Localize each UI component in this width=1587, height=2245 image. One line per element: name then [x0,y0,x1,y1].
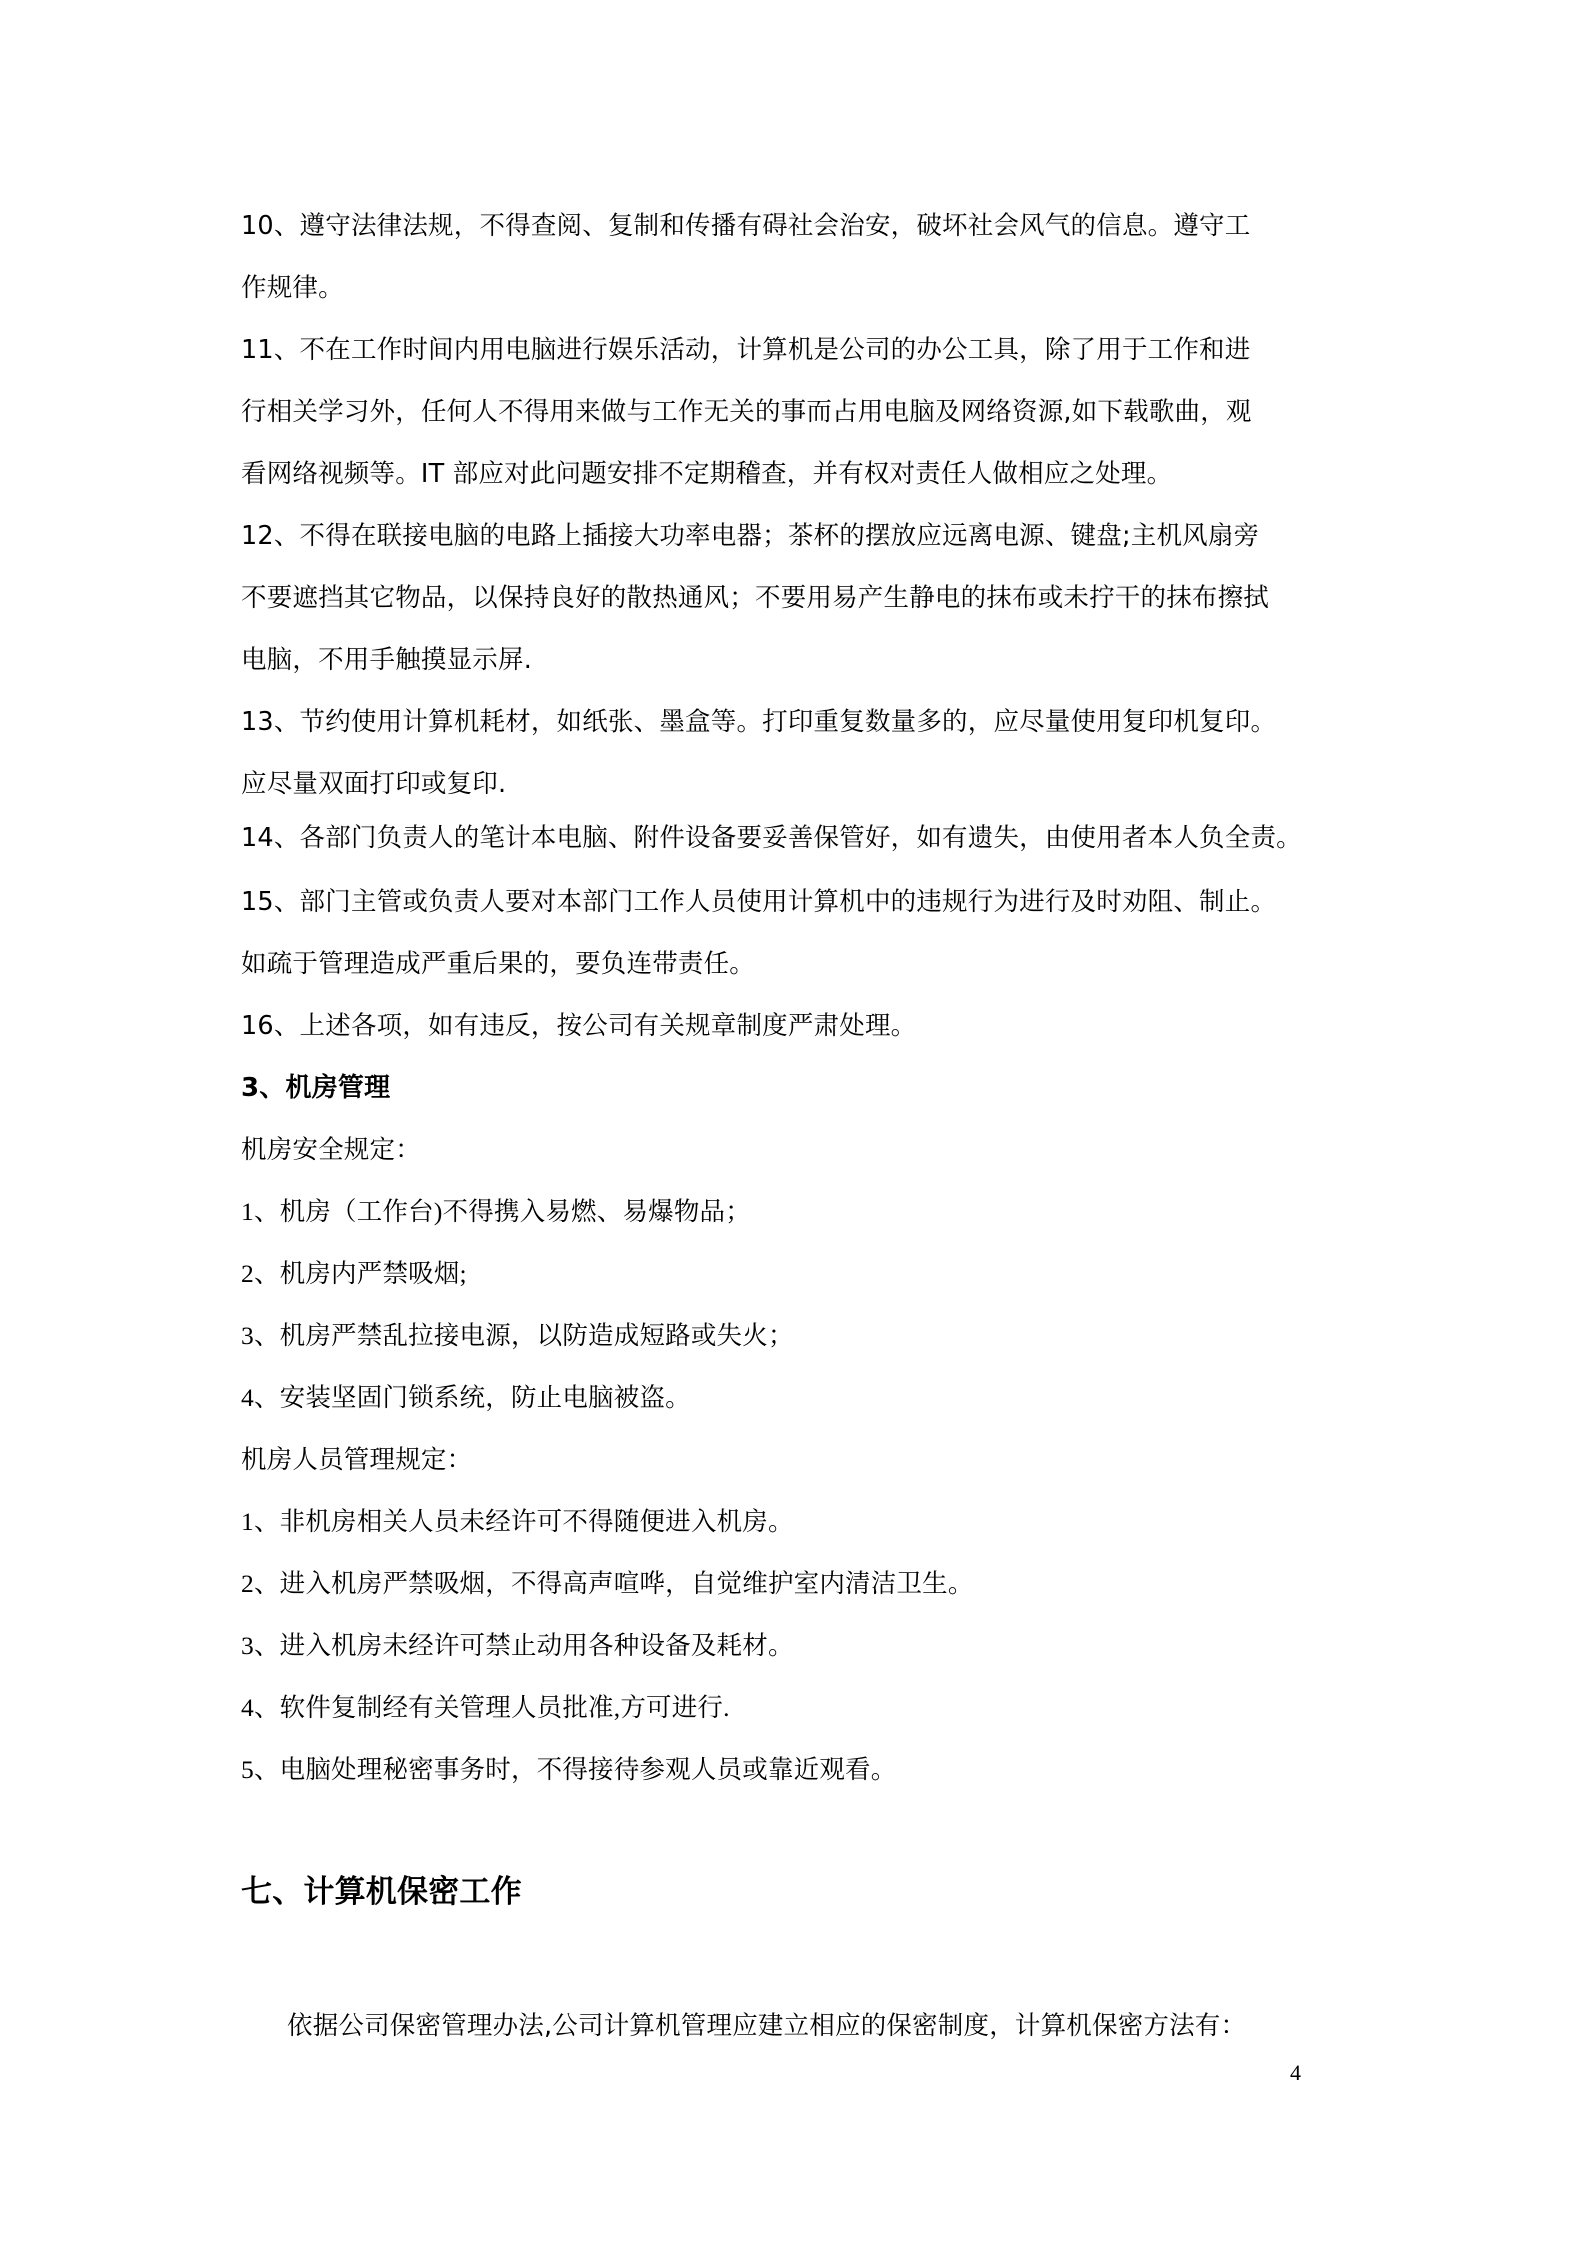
confidentiality-intro: 依据公司保密管理办法,公司计算机管理应建立相应的保密制度，计算机保密方法有： [287,2010,1246,2042]
list-item-12-line-3: 电脑，不用手触摸显示屏. [241,644,532,676]
section-heading-confidentiality: 七、计算机保密工作 [241,1876,522,1908]
section-heading-machine-room: 3、机房管理 [241,1072,390,1104]
personnel-rules-title: 机房人员管理规定： [241,1444,472,1476]
list-item-15-line-2: 如疏于管理造成严重后果的，要负连带责任。 [241,948,755,980]
personnel-rule-1: 1、非机房相关人员未经许可不得随便进入机房。 [241,1506,794,1538]
list-item-11-line-1: 11、不在工作时间内用电脑进行娱乐活动，计算机是公司的办公工具，除了用于工作和进 [241,334,1250,366]
list-item-15-line-1: 15、部门主管或负责人要对本部门工作人员使用计算机中的违规行为进行及时劝阻、制止… [241,886,1276,918]
safety-rule-3: 3、机房严禁乱拉接电源，以防造成短路或失火； [241,1320,794,1352]
personnel-rule-3: 3、进入机房未经许可禁止动用各种设备及耗材。 [241,1630,794,1662]
personnel-rule-2: 2、进入机房严禁吸烟，不得高声喧哗，自觉维护室内清洁卫生。 [241,1568,974,1600]
safety-rule-1: 1、机房（工作台)不得携入易燃、易爆物品； [241,1196,751,1228]
list-item-13-line-1: 13、节约使用计算机耗材，如纸张、墨盒等。打印重复数量多的，应尽量使用复印机复印… [241,706,1276,738]
list-item-13-line-2: 应尽量双面打印或复印. [241,768,506,800]
list-item-11-line-2: 行相关学习外，任何人不得用来做与工作无关的事而占用电脑及网络资源,如下载歌曲，观 [241,396,1252,428]
list-item-12-line-1: 12、不得在联接电脑的电路上插接大功率电器；茶杯的摆放应远离电源、键盘;主机风扇… [241,520,1259,552]
safety-rule-4: 4、安装坚固门锁系统，防止电脑被盗。 [241,1382,691,1414]
personnel-rule-4: 4、软件复制经有关管理人员批准,方可进行. [241,1692,730,1724]
personnel-rule-5: 5、电脑处理秘密事务时，不得接待参观人员或靠近观看。 [241,1754,896,1786]
document-page: 10、遵守法律法规，不得查阅、复制和传播有碍社会治安，破坏社会风气的信息。遵守工… [0,0,1587,2245]
list-item-12-line-2: 不要遮挡其它物品，以保持良好的散热通风；不要用易产生静电的抹布或未拧干的抹布擦拭 [241,582,1269,614]
list-item-10-line-1: 10、遵守法律法规，不得查阅、复制和传播有碍社会治安，破坏社会风气的信息。遵守工 [241,210,1250,242]
page-number: 4 [1290,2060,1301,2086]
list-item-14: 14、各部门负责人的笔计本电脑、附件设备要妥善保管好，如有遗失，由使用者本人负全… [241,822,1302,854]
list-item-16: 16、上述各项，如有违反，按公司有关规章制度严肃处理。 [241,1010,916,1042]
list-item-11-line-3: 看网络视频等。IT 部应对此问题安排不定期稽查，并有权对责任人做相应之处理。 [241,458,1172,490]
safety-rules-title: 机房安全规定： [241,1134,421,1166]
list-item-10-line-2: 作规律。 [241,272,344,304]
safety-rule-2: 2、机房内严禁吸烟; [241,1258,467,1290]
